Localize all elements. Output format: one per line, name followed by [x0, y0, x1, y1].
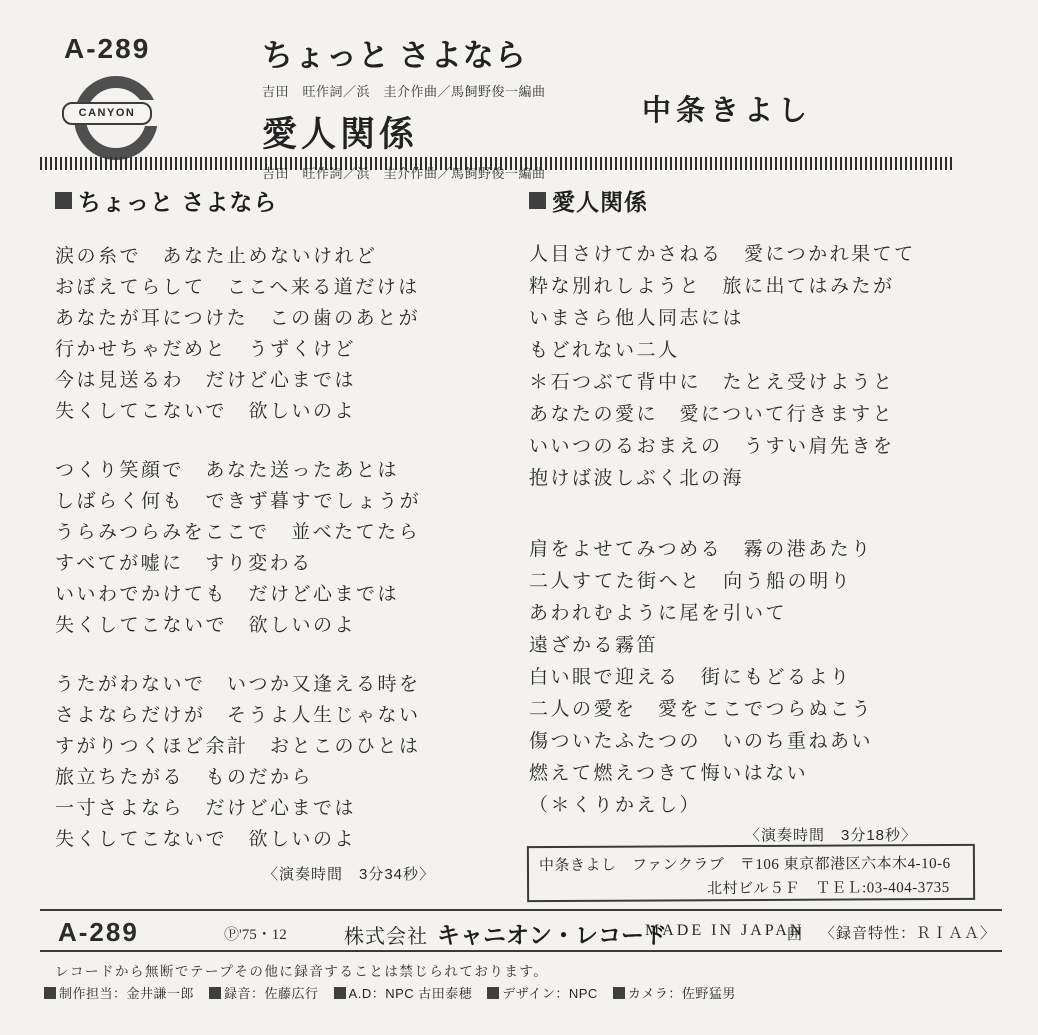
fanclub-address-line1: 中条きよし ファンクラブ 〒106 東京都港区六本木4-10-6 [539, 852, 965, 875]
staff-credit-text: A.D：NPC 古田泰穂 [349, 986, 473, 1001]
song-title-a: ちょっと さよなら [262, 30, 622, 75]
lyric-line: 抱けば波しぶく北の海 [529, 463, 999, 495]
lyrics-column-right: 愛人関係 人目さけてかさねる 愛につかれ果てて粋な別れしようと 旅に出てはみたが… [529, 185, 999, 845]
lyrics-column-left: ちょっと さよなら 涙の糸で あなた止めないけれどおぼえてらして ここへ来る道だ… [55, 185, 515, 884]
staff-credit-text: 制作担当：金井謙一郎 [59, 986, 194, 1001]
lyric-line: 二人の愛を 愛をここでつらぬこう [529, 694, 999, 726]
fanclub-box: 中条きよし ファンクラブ 〒106 東京都港区六本木4-10-6 北村ビル５Ｆ … [527, 844, 975, 902]
staff-credits: 制作担当：金井謙一郎録音：佐藤広行A.D：NPC 古田泰穂デザイン：NPCカメラ… [44, 983, 1024, 1002]
fanclub-address-line2: 北村ビル５Ｆ ＴＥＬ:03-404-3735 [539, 876, 965, 899]
square-bullet-icon [613, 987, 625, 999]
lyric-line: 涙の糸で あなた止めないけれど [55, 241, 515, 272]
staff-credit-text: デザイン：NPC [502, 986, 598, 1001]
staff-credit-text: カメラ：佐野猛男 [628, 986, 736, 1001]
record-sleeve-back: A-289 CANYON ちょっと さよなら 吉田 旺作詞／浜 圭介作曲／馬飼野… [0, 0, 1038, 1035]
pressing-date: Ⓟ'75・12 [224, 923, 287, 944]
lyric-line: 燃えて燃えつきて悔いはない [529, 758, 999, 790]
lyric-line: 失くしてこないで 欲しいのよ [55, 824, 515, 855]
staff-credit-item: 録音：佐藤広行 [209, 986, 319, 1001]
lyric-line: 今は見送るわ だけど心までは [55, 365, 515, 396]
lyric-line: 人目さけてかさねる 愛につかれ果てて [529, 239, 999, 271]
lyric-line: 白い眼で迎える 街にもどるより [529, 662, 999, 694]
made-in-japan-label: MADE IN JAPAN [645, 922, 804, 940]
lyric-line: うたがわないで いつか又逢える時を [55, 669, 515, 700]
song-title-b: 愛人関係 [262, 107, 622, 157]
lyric-line: いまさら他人同志には [529, 303, 999, 335]
recording-spec-label: 〈録音特性：ＲＩＡＡ〉 [820, 922, 996, 943]
lyric-line: いいつのるおまえの うすい肩先きを [529, 431, 999, 463]
verse: 肩をよせてみつめる 霧の港あたり二人すてた街へと 向う船の明りあわれむように尾を… [529, 534, 999, 822]
lyric-line: すがりつくほど余計 おとこのひとは [55, 731, 515, 762]
company-logotype: キャニオン・レコード [437, 917, 667, 950]
lyric-line: つくり笑顔で あなた送ったあとは [55, 455, 515, 486]
staff-credit-item: 制作担当：金井謙一郎 [44, 986, 194, 1001]
footer-catalog-number: A-289 [58, 917, 139, 948]
lyric-line: もどれない二人 [529, 335, 999, 367]
square-bullet-icon [55, 192, 72, 209]
song-credit-a: 吉田 旺作詞／浜 圭介作曲／馬飼野俊一編曲 [262, 81, 622, 100]
catalog-number: A-289 [64, 33, 150, 65]
square-bullet-icon [529, 192, 546, 209]
staff-credit-item: カメラ：佐野猛男 [613, 986, 736, 1001]
lyric-line: 二人すてた街へと 向う船の明り [529, 566, 999, 598]
lyric-line: ＊石つぶて背中に たとえ受けようと [529, 367, 999, 399]
lyric-line: しばらく何も できず暮すでしょうが [55, 486, 515, 517]
footer-row: A-289 Ⓟ'75・12 株式会社 キャニオン・レコード MADE IN JA… [0, 915, 1038, 949]
boxed-mark: 囲 [787, 923, 802, 944]
square-bullet-icon [334, 987, 346, 999]
lyric-line: 一寸さよなら だけど心までは [55, 793, 515, 824]
lyric-line: 肩をよせてみつめる 霧の港あたり [529, 534, 999, 566]
company-prefix: 株式会社 [344, 920, 428, 949]
verse: 人目さけてかさねる 愛につかれ果てて粋な別れしようと 旅に出てはみたがいまさら他… [529, 239, 999, 495]
square-bullet-icon [209, 987, 221, 999]
lyric-line: 粋な別れしようと 旅に出てはみたが [529, 271, 999, 303]
verse: つくり笑顔で あなた送ったあとはしばらく何も できず暮すでしょうがうらみつらみを… [55, 455, 515, 641]
logo-wordmark: CANYON [62, 102, 152, 125]
lyric-line: 失くしてこないで 欲しいのよ [55, 396, 515, 427]
footer-divider-bottom [40, 950, 1002, 952]
lyric-line: うらみつらみをここで 並べたてたら [55, 517, 515, 548]
footer-divider-top [40, 909, 1002, 911]
lyric-line: あわれむように尾を引いて [529, 598, 999, 630]
lyrics-header-right-label: 愛人関係 [552, 184, 648, 217]
lyric-line: 失くしてこないで 欲しいのよ [55, 610, 515, 641]
square-bullet-icon [487, 987, 499, 999]
decorative-stripe-band [40, 157, 952, 170]
lyric-line: あなたの愛に 愛について行きますと [529, 399, 999, 431]
lyric-line: 遠ざかる霧笛 [529, 630, 999, 662]
lyric-line: 傷ついたふたつの いのち重ねあい [529, 726, 999, 758]
performance-duration-right: 〈演奏時間 3分18秒〉 [745, 824, 999, 845]
lyric-line: 旅立ちたがる ものだから [55, 762, 515, 793]
copy-prohibition-notice: レコードから無断でテープその他に録音することは禁じられております。 [55, 960, 548, 980]
lyric-line: さよならだけが そうよ人生じゃない [55, 700, 515, 731]
lyric-line: 行かせちゃだめと うずくけど [55, 334, 515, 365]
lyric-line: すべてが嘘に すり変わる [55, 548, 515, 579]
staff-credit-item: A.D：NPC 古田泰穂 [334, 986, 473, 1001]
verse: 涙の糸で あなた止めないけれどおぼえてらして ここへ来る道だけはあなたが耳につけ… [55, 241, 515, 427]
square-bullet-icon [44, 987, 56, 999]
staff-credit-item: デザイン：NPC [487, 986, 598, 1001]
lyrics-header-left-label: ちょっと さよなら [78, 184, 277, 217]
performance-duration-left: 〈演奏時間 3分34秒〉 [263, 863, 515, 884]
lyrics-header-left: ちょっと さよなら [55, 185, 515, 215]
lyric-line: おぼえてらして ここへ来る道だけは [55, 272, 515, 303]
lyric-line: （＊くりかえし） [529, 790, 999, 822]
lyrics-header-right: 愛人関係 [529, 185, 999, 215]
staff-credit-text: 録音：佐藤広行 [224, 986, 319, 1001]
lyric-line: あなたが耳につけた この歯のあとが [55, 303, 515, 334]
canyon-logo: CANYON [60, 72, 180, 162]
artist-name: 中条きよし [642, 88, 812, 129]
lyric-line: いいわでかけても だけど心までは [55, 579, 515, 610]
verse: うたがわないで いつか又逢える時をさよならだけが そうよ人生じゃないすがりつくほ… [55, 669, 515, 855]
